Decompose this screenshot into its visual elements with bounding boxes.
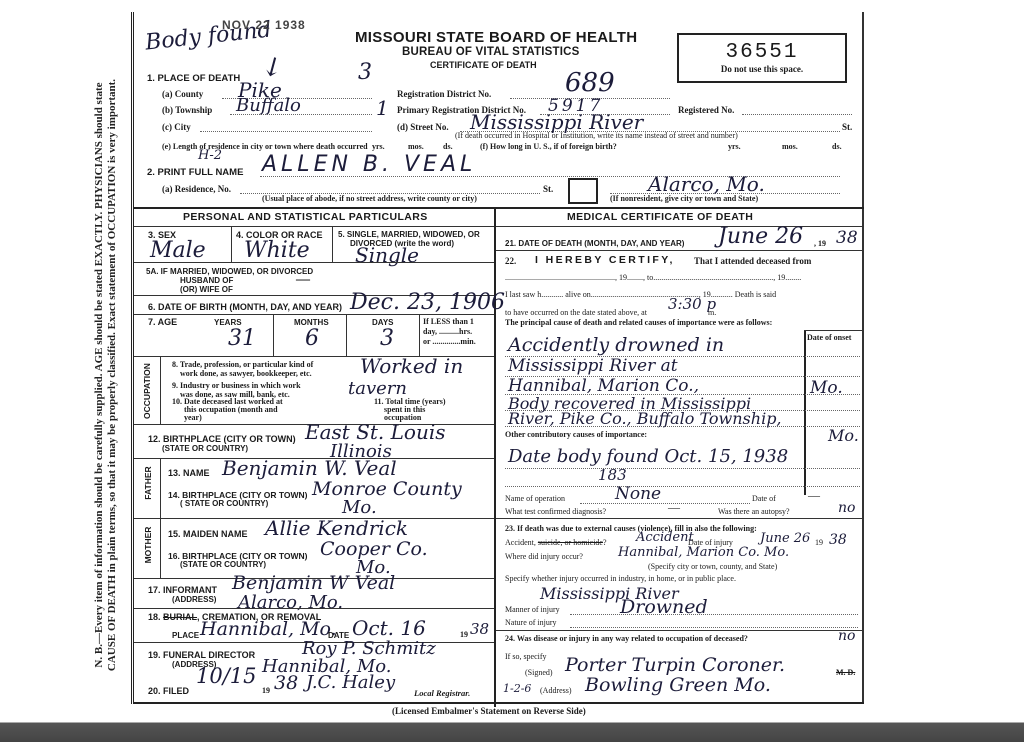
injury-year-prefix: 19 bbox=[815, 538, 823, 547]
filed-label: 20. FILED bbox=[148, 686, 189, 696]
manner-label: Manner of injury bbox=[505, 605, 560, 614]
rule bbox=[134, 608, 494, 609]
residence-checkbox bbox=[568, 178, 598, 204]
burial-year-prefix: 19 bbox=[460, 630, 468, 639]
cause-line-3: Hannibal, Marion Co., bbox=[508, 376, 699, 396]
marital-value: Single bbox=[355, 243, 419, 267]
name-prefix-note: H-2 bbox=[198, 148, 222, 163]
age-label: 7. AGE bbox=[148, 317, 177, 327]
attended-line: ........................................… bbox=[505, 273, 801, 282]
filed-year-prefix: 19 bbox=[262, 686, 270, 695]
street-label: (d) Street No. bbox=[397, 122, 449, 132]
primary-reg-prefix: 1 bbox=[376, 96, 389, 120]
father-name-label: 13. NAME bbox=[168, 468, 210, 478]
spouse-label-1: 5A. IF MARRIED, WIDOWED, OR DIVORCED bbox=[146, 267, 313, 276]
accident-label-struck: suicide, or homicide bbox=[538, 538, 603, 547]
informant-name: Benjamin W Veal bbox=[232, 572, 395, 594]
residence-length-label: (e) Length of residence in city or town … bbox=[162, 142, 368, 151]
operation-date-label: Date of bbox=[752, 494, 776, 503]
autopsy-value: no bbox=[838, 500, 855, 516]
burial-num: 18. bbox=[148, 612, 161, 622]
address-label: (Address) bbox=[540, 686, 572, 695]
informant-label: 17. INFORMANT bbox=[148, 585, 217, 595]
city-line bbox=[200, 131, 372, 132]
rule bbox=[134, 262, 494, 263]
where-note: (Specify city or town, county, and State… bbox=[648, 562, 777, 571]
residence-note: (Usual place of abode, if no street addr… bbox=[262, 194, 477, 203]
test-label: What test confirmed diagnosis? bbox=[505, 507, 606, 516]
dod-year-prefix: , 19 bbox=[814, 239, 826, 248]
signed-label: (Signed) bbox=[525, 668, 553, 677]
nature-line bbox=[570, 627, 858, 628]
accident-label-q: ? bbox=[603, 538, 607, 547]
cause-line-2: Mississippi River at bbox=[508, 356, 678, 376]
accident-label: Accident, suicide, or homicide? bbox=[505, 538, 607, 547]
signed-value: Porter Turpin Coroner. bbox=[565, 654, 785, 676]
dod-value: June 26 bbox=[718, 224, 803, 249]
rule bbox=[160, 458, 161, 518]
rule bbox=[496, 226, 862, 227]
registered-no-label: Registered No. bbox=[678, 105, 734, 115]
file-number-box: 36551 Do not use this space. bbox=[677, 33, 847, 83]
contrib-label: Other contributory causes of importance: bbox=[505, 430, 647, 439]
mother-bp-sub: (STATE OR COUNTRY) bbox=[180, 560, 266, 569]
father-vertical-label: FATHER bbox=[143, 463, 153, 503]
address-value: Bowling Green Mo. bbox=[585, 674, 771, 696]
cause-intro: The principal cause of death and related… bbox=[505, 318, 772, 327]
column-divider bbox=[494, 207, 496, 707]
street-note: (If death occurred in Hospital or Instit… bbox=[455, 131, 738, 140]
mos-label: mos. bbox=[408, 142, 424, 151]
foreign-birth-label: (f) How long in U. S., if of foreign bir… bbox=[480, 142, 617, 151]
place-of-death-label: 1. PLACE OF DEATH bbox=[147, 73, 240, 84]
personal-heading: PERSONAL AND STATISTICAL PARTICULARS bbox=[183, 211, 428, 223]
rule bbox=[134, 226, 494, 227]
industry-value: tavern bbox=[348, 378, 407, 399]
dod-year: 38 bbox=[836, 228, 858, 248]
operation-label: Name of operation bbox=[505, 494, 565, 503]
certify-num: 22. bbox=[505, 256, 516, 266]
burial-struck: BURIAL bbox=[163, 612, 197, 622]
external-label: 23. If death was due to external causes … bbox=[505, 524, 757, 533]
cause-line bbox=[505, 486, 860, 487]
township-label: (b) Township bbox=[162, 105, 212, 115]
cause-line-5: River, Pike Co., Buffalo Township, bbox=[508, 409, 782, 428]
occupation-vertical-label: OCCUPATION bbox=[142, 356, 152, 426]
rule bbox=[160, 356, 161, 424]
burial-date: Oct. 16 bbox=[352, 616, 426, 640]
test-value: — bbox=[668, 500, 680, 515]
father-bp-sub: ( STATE OR COUNTRY) bbox=[180, 499, 268, 508]
board-title: MISSOURI STATE BOARD OF HEALTH bbox=[355, 29, 637, 46]
burial-year: 38 bbox=[470, 620, 489, 638]
section-divider bbox=[134, 207, 864, 209]
rule bbox=[419, 314, 420, 356]
where-label: Where did injury occur? bbox=[505, 552, 583, 561]
rule bbox=[160, 518, 161, 578]
birthplace-label: 12. BIRTHPLACE (CITY OR TOWN) bbox=[148, 434, 296, 444]
registrar-signature: J.C. Haley bbox=[306, 672, 395, 693]
mother-name-label: 15. MAIDEN NAME bbox=[168, 529, 248, 539]
spouse-label-3: (OR) WIFE OF bbox=[180, 285, 233, 294]
foreign-ds-label: ds. bbox=[832, 142, 842, 151]
less-than-day-3: or ..............min. bbox=[423, 337, 476, 346]
last-saw-line: I last saw h........... alive on........… bbox=[505, 290, 776, 299]
onset-value-2: Mo. bbox=[828, 426, 859, 445]
foreign-mos-label: mos. bbox=[782, 142, 798, 151]
less-than-day-2: day, ..........hrs. bbox=[423, 327, 472, 336]
margin-note-line-2: CAUSE OF DEATH in plain terms, so that i… bbox=[106, 30, 119, 720]
dod-label: 21. DATE OF DEATH (MONTH, DAY, AND YEAR) bbox=[505, 239, 684, 248]
dob-label: 6. DATE OF BIRTH (MONTH, DAY, AND YEAR) bbox=[148, 302, 342, 312]
street-suffix: St. bbox=[842, 122, 852, 132]
accident-value: Accident bbox=[636, 530, 694, 545]
death-time-suffix: m. bbox=[708, 308, 716, 317]
if-so-label: If so, specify bbox=[505, 652, 547, 661]
father-name: Benjamin W. Veal bbox=[222, 456, 397, 480]
accident-label-a: Accident, bbox=[505, 538, 538, 547]
scan-edge bbox=[0, 716, 1024, 742]
frame-right-rule bbox=[862, 12, 864, 702]
received-stamp: NOV 22 1938 bbox=[222, 18, 306, 32]
bureau-title: BUREAU OF VITAL STATISTICS bbox=[402, 46, 580, 58]
manner-line bbox=[570, 614, 858, 615]
date-note: 1-2-6 bbox=[503, 682, 531, 695]
margin-note-line-1: N. B.—Every item of information should b… bbox=[93, 30, 106, 720]
marital-label-1: 5. SINGLE, MARRIED, WIDOWED, OR bbox=[338, 230, 480, 239]
cause-line-1: Accidently drowned in bbox=[508, 334, 724, 356]
bottom-rule bbox=[134, 702, 864, 704]
whether-label: Specify whether injury occurred in indus… bbox=[505, 574, 736, 583]
mother-name: Allie Kendrick bbox=[265, 516, 408, 540]
operation-value: None bbox=[615, 484, 661, 504]
funeral-director-label: 19. FUNERAL DIRECTOR bbox=[148, 650, 255, 660]
township-value: Buffalo bbox=[236, 95, 301, 116]
reg-district-prefix: 3 bbox=[358, 60, 372, 85]
yrs-label: yrs. bbox=[372, 142, 385, 151]
rule bbox=[496, 250, 862, 251]
filed-date: 10/15 bbox=[196, 664, 257, 688]
occupation-related-label: 24. Was disease or injury in any way rel… bbox=[505, 634, 748, 643]
registered-no-line bbox=[742, 114, 852, 115]
industry-label-1: 9. Industry or business in which work bbox=[172, 381, 301, 390]
birthplace-sub: (STATE OR COUNTRY) bbox=[162, 444, 248, 453]
nature-label: Nature of injury bbox=[505, 618, 557, 627]
age-days: 3 bbox=[380, 326, 394, 351]
autopsy-label: Was there an autopsy? bbox=[718, 507, 790, 516]
full-name-label: 2. PRINT FULL NAME bbox=[147, 167, 243, 178]
rule bbox=[134, 314, 494, 315]
rule bbox=[231, 226, 232, 262]
where-value: Hannibal, Marion Co. Mo. bbox=[618, 545, 789, 560]
city-label: (c) City bbox=[162, 122, 191, 132]
injury-year: 38 bbox=[829, 532, 847, 548]
nonresident-note: (If nonresident, give city or town and S… bbox=[610, 194, 758, 203]
occupation-related-value: no bbox=[838, 628, 855, 644]
rule bbox=[332, 226, 333, 262]
certify-rest: That I attended deceased from bbox=[694, 256, 811, 266]
file-number: 36551 bbox=[679, 41, 845, 64]
rule bbox=[346, 314, 347, 356]
burial-place: Hannibal, Mo. bbox=[200, 618, 337, 640]
dob-value: Dec. 23, 1906 bbox=[350, 290, 505, 315]
race-value: White bbox=[244, 238, 310, 263]
injury-date: June 26 bbox=[760, 531, 810, 546]
last-worked-3: year) bbox=[184, 413, 202, 422]
contrib-value: Date body found Oct. 15, 1938 bbox=[508, 446, 788, 467]
operation-line bbox=[580, 503, 750, 504]
rule bbox=[273, 314, 274, 356]
age-years: 31 bbox=[228, 326, 256, 351]
informant-sub: (ADDRESS) bbox=[172, 595, 216, 604]
mother-vertical-label: MOTHER bbox=[143, 523, 153, 567]
registrar-label: Local Registrar. bbox=[414, 688, 470, 698]
father-bp-state: Mo. bbox=[342, 497, 377, 518]
father-bp-city: Monroe County bbox=[312, 478, 462, 500]
reg-district-value: 689 bbox=[565, 68, 615, 98]
operation-date: — bbox=[808, 488, 820, 503]
certify-text: I HEREBY CERTIFY, bbox=[535, 254, 675, 266]
onset-label: Date of onset bbox=[807, 333, 851, 342]
onset-column-rule bbox=[804, 330, 806, 495]
form-title: CERTIFICATE OF DEATH bbox=[430, 60, 537, 70]
reg-district-label: Registration District No. bbox=[397, 89, 491, 99]
full-name-value: ALLEN B. VEAL bbox=[262, 152, 476, 177]
rule bbox=[496, 518, 862, 519]
trade-label-2: work done, as sawyer, bookkeeper, etc. bbox=[180, 369, 312, 378]
manner-value: Drowned bbox=[620, 596, 708, 618]
ds-label: ds. bbox=[443, 142, 453, 151]
contrib-note: 183 bbox=[598, 466, 627, 484]
trade-label-1: 8. Trade, profession, or particular kind… bbox=[172, 360, 313, 369]
residence-label: (a) Residence, No. bbox=[162, 184, 231, 194]
margin-instructions: N. B.—Every item of information should b… bbox=[84, 30, 128, 720]
less-than-day-1: If LESS than 1 bbox=[423, 317, 474, 326]
rule bbox=[804, 330, 862, 331]
onset-value-1: Mo. bbox=[810, 378, 843, 398]
cause-line bbox=[505, 468, 860, 469]
age-months: 6 bbox=[305, 326, 319, 351]
spouse-label-2: HUSBAND OF bbox=[180, 276, 233, 285]
filed-year: 38 bbox=[274, 672, 298, 694]
file-box-note: Do not use this space. bbox=[679, 64, 845, 74]
foreign-yrs-label: yrs. bbox=[728, 142, 741, 151]
rule bbox=[496, 630, 862, 631]
embalmer-note: (Licensed Embalmer's Statement on Revers… bbox=[392, 706, 586, 716]
county-label: (a) County bbox=[162, 89, 203, 99]
sex-value: Male bbox=[150, 238, 206, 263]
occurred-label: to have occurred on the date stated abov… bbox=[505, 308, 647, 317]
residence-st-label: St. bbox=[543, 184, 553, 194]
medical-heading: MEDICAL CERTIFICATE OF DEATH bbox=[567, 211, 753, 223]
spouse-value: — bbox=[296, 272, 310, 288]
trade-value: Worked in bbox=[360, 354, 463, 378]
place-label: PLACE bbox=[172, 631, 199, 640]
residence-city: Alarco, Mo. bbox=[648, 172, 765, 196]
informant-address: Alarco, Mo. bbox=[238, 592, 343, 613]
md-label: M. D. bbox=[836, 668, 855, 677]
